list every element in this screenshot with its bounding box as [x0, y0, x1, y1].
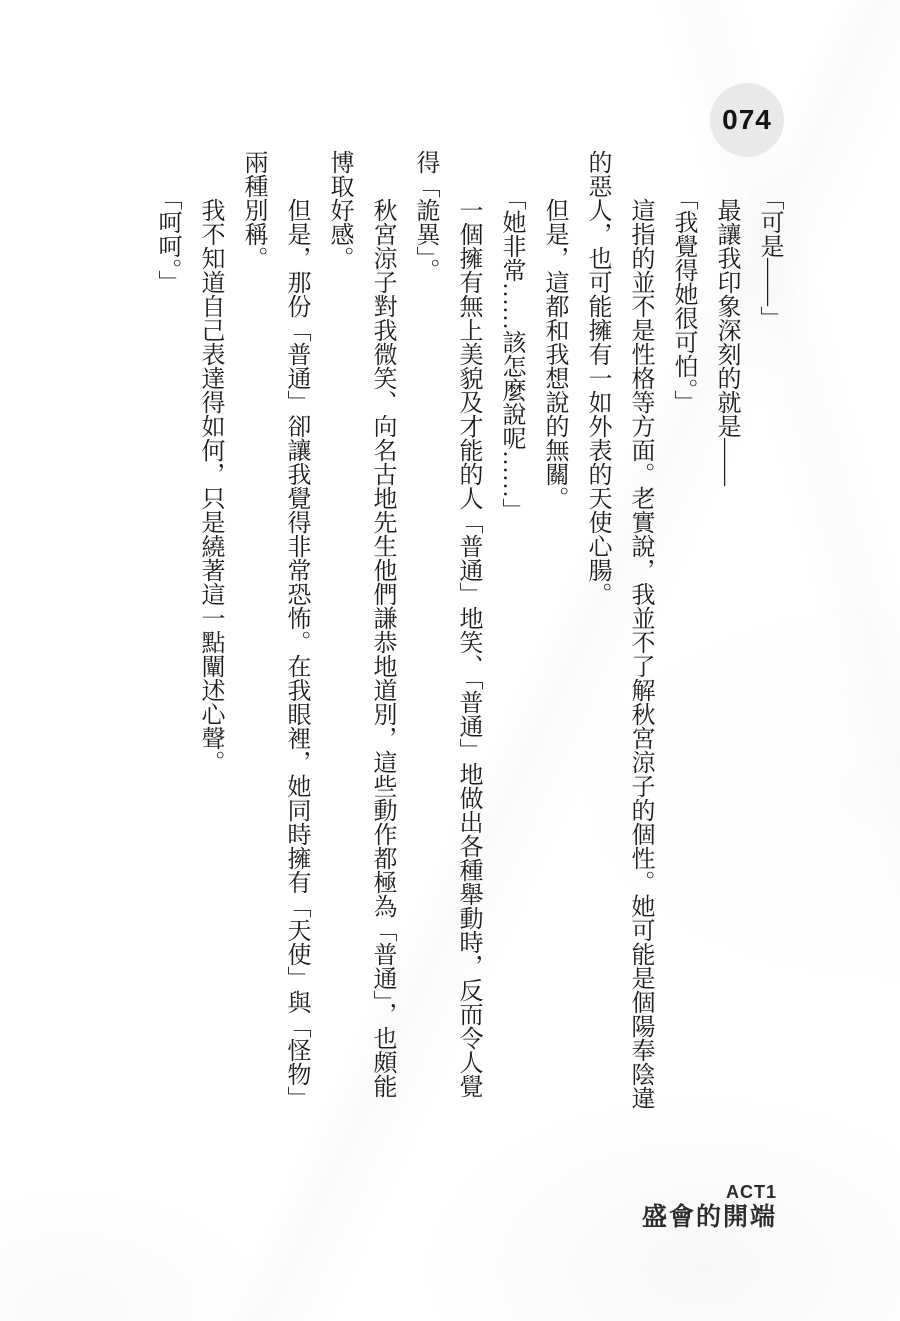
- book-page: 074 「可是——」最讓我印象深刻的就是——「我覺得她很可怕。」這指的並不是性格…: [0, 0, 900, 1321]
- dialogue-paragraph: 「呵呵。」: [145, 150, 188, 1116]
- page-number-badge: 074: [710, 83, 784, 157]
- act-label: ACT1: [642, 1182, 777, 1202]
- narrative-paragraph: 這指的並不是性格等方面。老實說，我並不了解秋宮涼子的個性。她可能是個陽奉陰違的惡…: [575, 150, 661, 1116]
- dialogue-paragraph: 「可是——」: [747, 150, 790, 1116]
- narrative-paragraph: 但是，這都和我想說的無關。: [532, 150, 575, 1116]
- chapter-footer: ACT1 盛會的開端: [642, 1182, 777, 1232]
- narrative-paragraph: 最讓我印象深刻的就是——: [704, 150, 747, 1116]
- narrative-paragraph: 秋宮涼子對我微笑、向名古地先生他們謙恭地道別，這些動作都極為「普通」，也頗能博取…: [317, 150, 403, 1116]
- narrative-paragraph: 一個擁有無上美貌及才能的人「普通」地笑、「普通」地做出各種舉動時，反而令人覺得「…: [403, 150, 489, 1116]
- narrative-paragraph: 但是，那份「普通」卻讓我覺得非常恐怖。在我眼裡，她同時擁有「天使」與「怪物」兩種…: [231, 150, 317, 1116]
- chapter-title: 盛會的開端: [642, 1202, 777, 1232]
- dialogue-paragraph: 「我覺得她很可怕。」: [661, 150, 704, 1116]
- dialogue-paragraph: 「她非常……該怎麼說呢……」: [489, 150, 532, 1116]
- narrative-paragraph: 我不知道自己表達得如何，只是繞著這一點闡述心聲。: [188, 150, 231, 1116]
- text-area: 「可是——」最讓我印象深刻的就是——「我覺得她很可怕。」這指的並不是性格等方面。…: [110, 150, 790, 1116]
- page-number: 074: [722, 104, 772, 136]
